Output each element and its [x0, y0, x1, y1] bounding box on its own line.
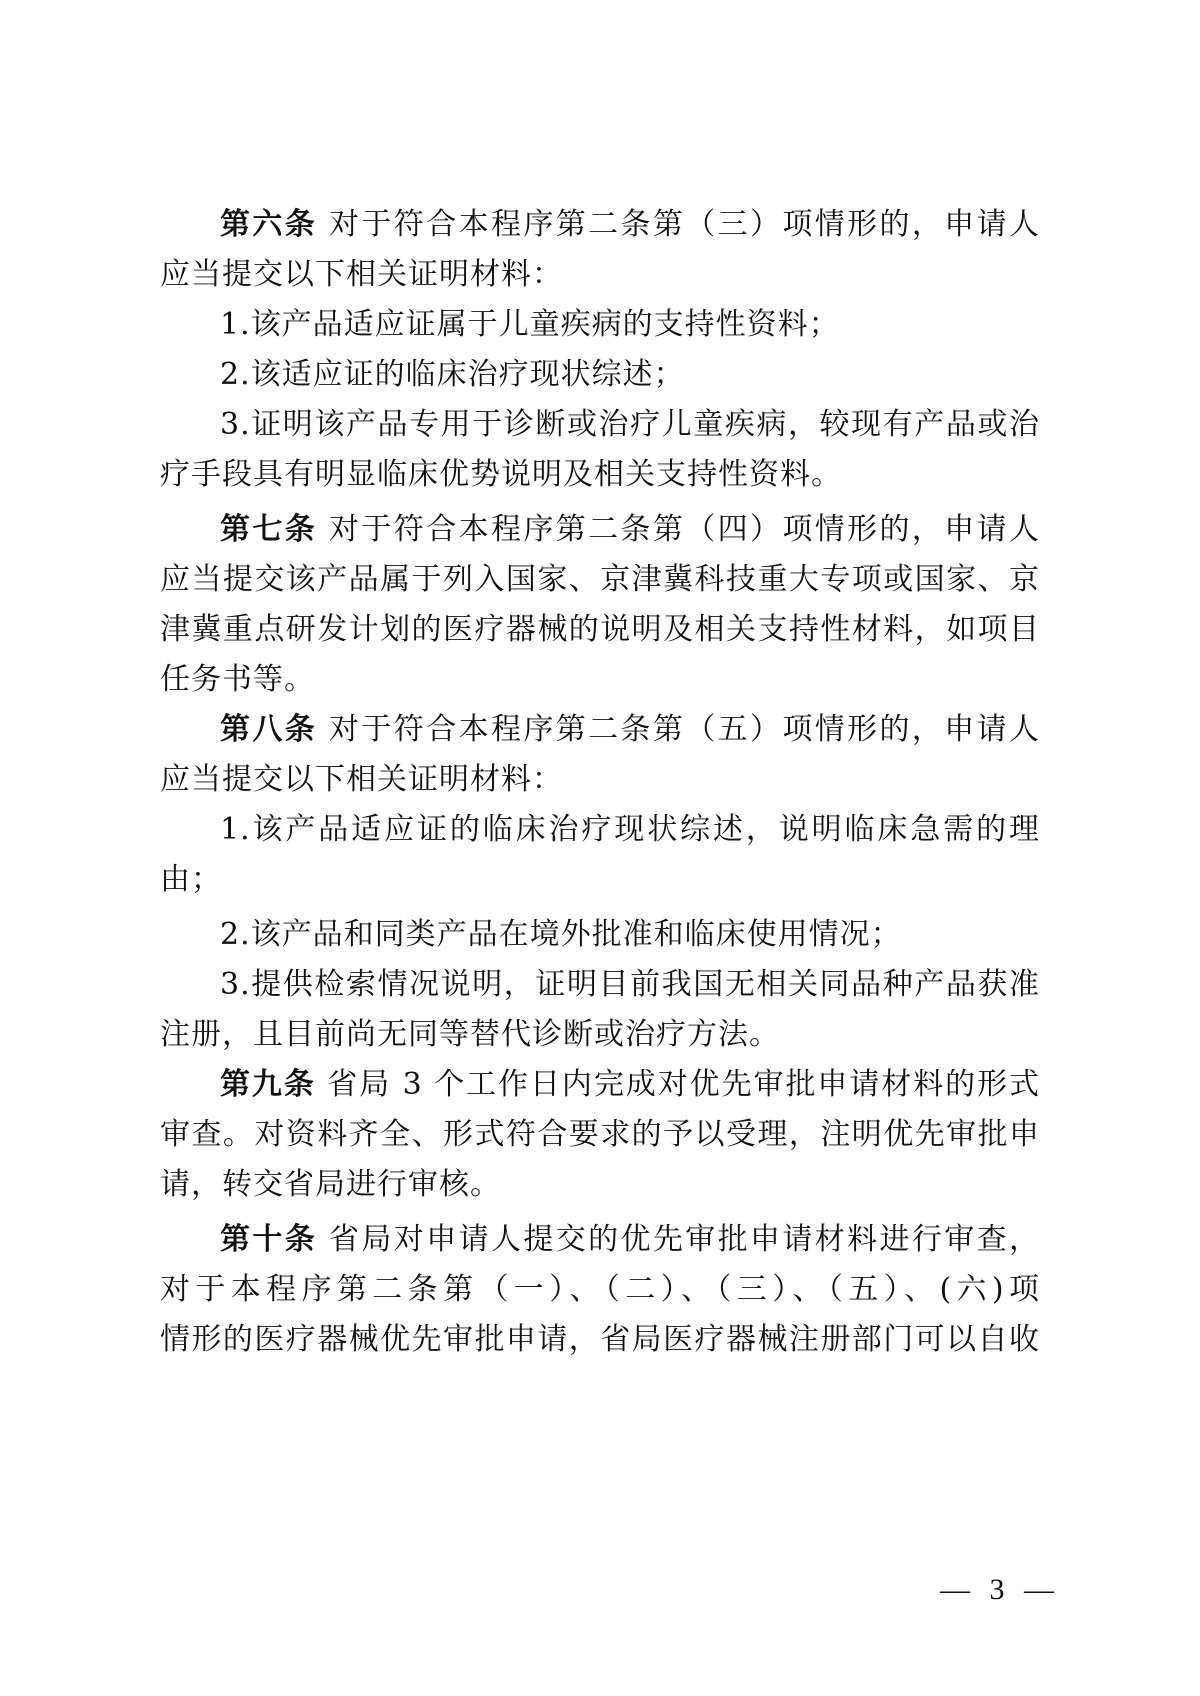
article-heading: 第九条 [220, 1067, 316, 1102]
article-7-line-2: 应当提交该产品属于列入国家、京津冀科技重大专项或国家、京 [160, 560, 1040, 600]
article-8-item-3: 3.提供检索情况说明，证明目前我国无相关同品种产品获准 [220, 965, 1040, 1005]
article-9-line-2: 审查。对资料齐全、形式符合要求的予以受理，注明优先审批申 [160, 1115, 1040, 1155]
article-6-item-3: 3.证明该产品专用于诊断或治疗儿童疾病，较现有产品或治 [220, 405, 1040, 445]
article-7-line-3: 津冀重点研发计划的医疗器械的说明及相关支持性材料，如项目 [160, 610, 1040, 650]
article-8-item-3-cont: 注册，且目前尚无同等替代诊断或治疗方法。 [160, 1015, 1040, 1055]
article-7-line-1: 第七条 对于符合本程序第二条第（四）项情形的，申请人 [220, 510, 1040, 550]
article-heading: 第十条 [220, 1222, 317, 1257]
document-page: 第六条 对于符合本程序第二条第（三）项情形的，申请人 应当提交以下相关证明材料：… [0, 0, 1200, 1696]
article-6-item-2: 2.该适应证的临床治疗现状综述； [220, 355, 1040, 395]
article-9-line-1: 第九条 省局 3 个工作日内完成对优先审批申请材料的形式 [220, 1065, 1040, 1105]
article-6-line-1: 第六条 对于符合本程序第二条第（三）项情形的，申请人 [220, 205, 1040, 245]
article-8-item-2: 2.该产品和同类产品在境外批准和临床使用情况； [220, 915, 1040, 955]
article-heading: 第七条 [220, 512, 317, 547]
article-6-line-2: 应当提交以下相关证明材料： [160, 255, 1040, 295]
article-6-item-3-cont: 疗手段具有明显临床优势说明及相关支持性资料。 [160, 455, 1040, 495]
article-9-line-3: 请，转交省局进行审核。 [160, 1165, 1040, 1205]
page-number: — 3 — [940, 1570, 1060, 1610]
article-heading: 第六条 [220, 207, 317, 242]
article-10-line-2: 对于本程序第二条第（一）、（二）、（三）、（五）、(六)项 [160, 1270, 1040, 1310]
article-6-item-1: 1.该产品适应证属于儿童疾病的支持性资料； [220, 305, 1040, 345]
article-8-item-1-cont: 由； [160, 860, 1040, 900]
article-heading: 第八条 [220, 712, 317, 747]
article-8-line-2: 应当提交以下相关证明材料： [160, 760, 1040, 800]
article-10-line-1: 第十条 省局对申请人提交的优先审批申请材料进行审查， [220, 1220, 1040, 1260]
article-10-line-3: 情形的医疗器械优先审批申请，省局医疗器械注册部门可以自收 [160, 1320, 1040, 1360]
article-7-line-4: 任务书等。 [160, 660, 1040, 700]
article-8-item-1: 1.该产品适应证的临床治疗现状综述，说明临床急需的理 [220, 810, 1040, 850]
article-8-line-1: 第八条 对于符合本程序第二条第（五）项情形的，申请人 [220, 710, 1040, 750]
